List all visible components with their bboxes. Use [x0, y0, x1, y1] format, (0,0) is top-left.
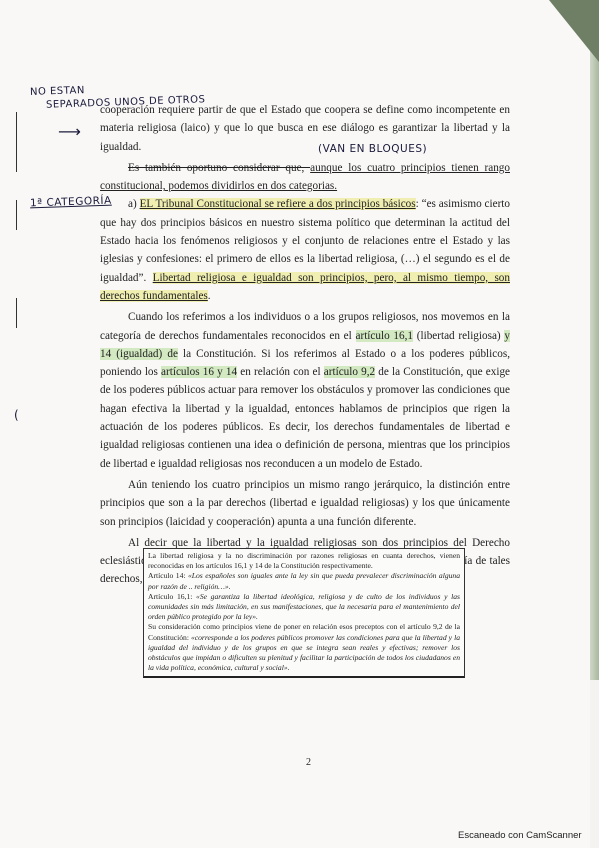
paragraph-3: a) EL Tribunal Constitucional se refiere… [100, 195, 510, 305]
quote-article-16: Artículo 16,1: «Se garantiza la libertad… [148, 592, 460, 623]
page-number: 2 [306, 757, 311, 768]
quote-article-14: Artículo 14: «Los españoles son iguales … [148, 571, 460, 591]
arrow-icon: ⟶ [58, 122, 81, 141]
margin-bracket: ( [14, 408, 19, 422]
margin-line [16, 298, 17, 328]
paragraph-5: Aún teniendo los cuatro principios un mi… [100, 476, 510, 531]
quote-intro: La libertad religiosa y la no discrimina… [148, 551, 460, 571]
paragraph-4: Cuando los referimos a los individuos o … [100, 308, 510, 473]
quote-article-9-2: Su consideración como principios viene d… [148, 622, 460, 673]
page-edge-shadow [590, 0, 599, 680]
paragraph-1: cooperación requiere partir de que el Es… [100, 101, 510, 156]
scanner-watermark: Escaneado con CamScanner [458, 830, 582, 841]
handwritten-note-top-1: No estan [30, 85, 85, 98]
margin-line [16, 200, 17, 230]
paragraph-2: Es también oportuno considerar que, aunq… [100, 159, 510, 196]
quotation-box: La libertad religiosa y la no discrimina… [143, 548, 465, 678]
margin-line [16, 112, 17, 172]
body-text: cooperación requiere partir de que el Es… [100, 101, 510, 589]
